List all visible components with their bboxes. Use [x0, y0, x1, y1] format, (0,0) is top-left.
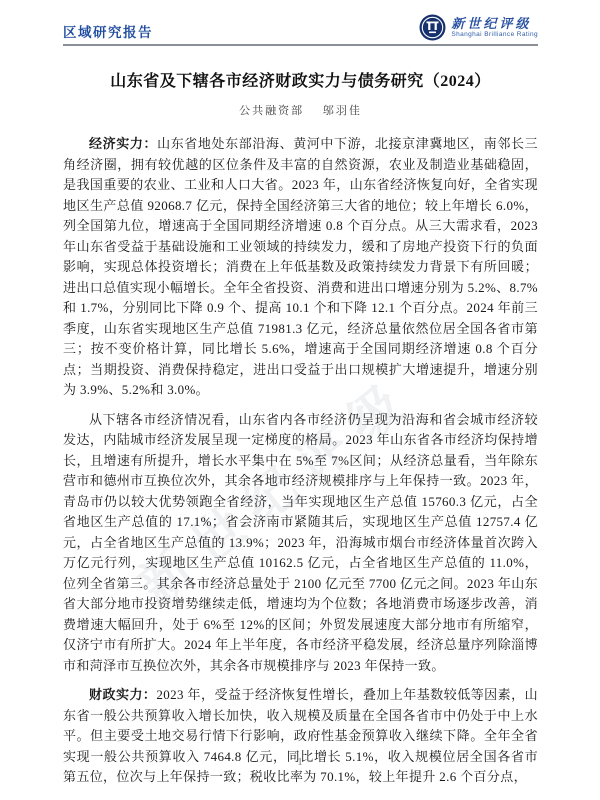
report-type-label: 区域研究报告 — [63, 21, 153, 42]
logo-name-cn: 新世纪评级 — [451, 17, 538, 30]
author-name: 邬羽佳 — [323, 105, 362, 117]
report-page: 区域研究报告 新世纪评级 Shanghai Brilliance Rating … — [0, 0, 600, 800]
paragraph-fiscal-strength: 财政实力：2023 年，受益于经济恢复性增长，叠加上年基数较低等因素，山东省一般… — [63, 685, 538, 788]
brilliance-emblem-icon — [419, 14, 446, 41]
agency-logo: 新世纪评级 Shanghai Brilliance Rating — [419, 14, 538, 42]
paragraph-text: 山东省地处东部沿海、黄河中下游，北接京津冀地区，南邻长三角经济圈，拥有较优越的区… — [63, 136, 538, 397]
page-header: 区域研究报告 新世纪评级 Shanghai Brilliance Rating — [63, 12, 538, 46]
department-label: 公共融资部 — [239, 105, 304, 117]
logo-text: 新世纪评级 Shanghai Brilliance Rating — [451, 17, 538, 39]
paragraph-lead: 经济实力： — [89, 136, 157, 151]
report-body: 经济实力：山东省地处东部沿海、黄河中下游，北接京津冀地区，南邻长三角经济圈，拥有… — [63, 134, 538, 788]
paragraph-city-economies: 从下辖各市经济情况看，山东省内各市经济仍呈现为沿海和省会城市经济较发达，内陆城市… — [63, 410, 538, 677]
paragraph-text: 从下辖各市经济情况看，山东省内各市经济仍呈现为沿海和省会城市经济较发达，内陆城市… — [63, 412, 538, 673]
paragraph-lead: 财政实力： — [89, 687, 156, 702]
logo-name-en: Shanghai Brilliance Rating — [451, 32, 538, 39]
byline: 公共融资部 邬羽佳 — [63, 102, 538, 118]
paragraph-economic-strength: 经济实力：山东省地处东部沿海、黄河中下游，北接京津冀地区，南邻长三角经济圈，拥有… — [63, 134, 538, 401]
page-title: 山东省及下辖各市经济财政实力与债务研究（2024） — [63, 68, 538, 91]
